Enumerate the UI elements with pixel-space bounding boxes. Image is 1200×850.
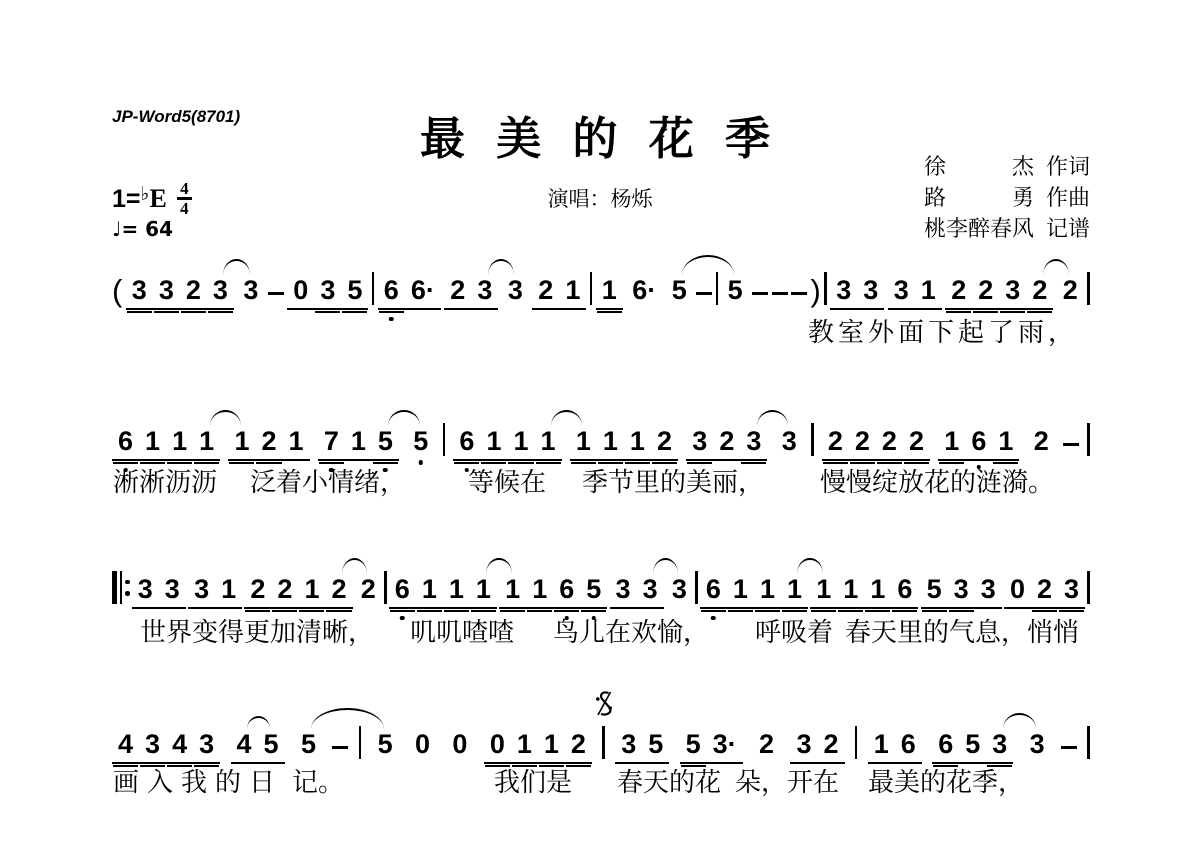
note: 5 xyxy=(921,575,948,603)
note: 5 xyxy=(372,427,399,455)
credit-row: 桃李醉春风记谱 xyxy=(924,212,1090,243)
slur-arc xyxy=(757,410,788,426)
note: 3 xyxy=(666,575,693,603)
note: 3 xyxy=(502,276,529,304)
slur-arc xyxy=(247,716,270,729)
note-group: 1165 xyxy=(499,575,607,609)
slur-arc xyxy=(551,410,582,426)
note: 6 xyxy=(389,575,416,603)
note: 0 xyxy=(409,730,436,758)
note-group: 2 xyxy=(1057,276,1084,311)
time-signature: 4 4 xyxy=(177,181,192,216)
note: 5 xyxy=(722,276,749,304)
note: 1 xyxy=(538,730,565,758)
note: 1 xyxy=(166,427,193,455)
note: 3 xyxy=(1058,575,1085,603)
note: 6 xyxy=(553,575,580,603)
note: 1 xyxy=(864,575,891,603)
note-group: 5 xyxy=(295,730,322,765)
octave-dot xyxy=(400,616,405,621)
note-group: 533 xyxy=(921,575,1002,609)
note: 4 xyxy=(231,730,258,758)
note: 1 xyxy=(570,427,597,455)
note: 6 xyxy=(895,730,922,758)
note: 2 xyxy=(444,276,471,304)
note: 2 xyxy=(565,730,592,758)
note: 3 xyxy=(637,575,664,603)
note: 1 xyxy=(837,575,864,603)
note: 5 xyxy=(959,730,986,758)
note: 1 xyxy=(596,276,623,304)
note-group: 1112 xyxy=(570,427,678,461)
note-group: 5 xyxy=(407,427,434,462)
note: 5 xyxy=(666,276,693,304)
key-signature: 1=♭E 4 4 xyxy=(112,181,192,216)
note: 1 xyxy=(754,575,781,603)
note: 3 xyxy=(314,276,341,304)
note: 1 xyxy=(499,575,526,603)
note-group: 33 xyxy=(610,575,664,609)
note: 1 xyxy=(810,575,837,603)
note: 3 xyxy=(888,276,915,304)
credit-name: 路 勇 xyxy=(924,181,1034,212)
note: 1 xyxy=(480,427,507,455)
lyrics-chunk: 叽叽喳喳 xyxy=(410,612,514,649)
note: 3 xyxy=(948,575,975,603)
note-group: 5 xyxy=(722,276,749,311)
note-group: 6111 xyxy=(453,427,561,461)
slur-arc xyxy=(388,410,419,426)
note: 2 xyxy=(255,427,282,455)
credit-row: 徐 杰作词 xyxy=(924,150,1090,181)
note: 6 xyxy=(891,575,918,603)
note: 1 xyxy=(443,575,470,603)
note: 3 xyxy=(999,276,1026,304)
note: 2 xyxy=(651,427,678,455)
note: 1 xyxy=(470,575,497,603)
note: 6 xyxy=(378,276,405,304)
slur-arc xyxy=(1003,713,1036,729)
note: 1 xyxy=(215,575,242,603)
note-group: 3 xyxy=(1024,730,1051,765)
note: 2 xyxy=(876,427,903,455)
note: 2 xyxy=(180,276,207,304)
parenthesis: ( xyxy=(112,276,122,306)
note: 3 xyxy=(132,575,159,603)
slur-arc xyxy=(1043,259,1069,275)
note-group: 21 xyxy=(532,276,586,310)
note: 3 xyxy=(830,276,857,304)
note: 1 xyxy=(597,427,624,455)
note-group: 6111 xyxy=(112,427,220,461)
note: 1 xyxy=(416,575,443,603)
lyrics-chunk: 记。 xyxy=(292,762,344,799)
credit-role: 作词 xyxy=(1046,150,1090,181)
note: 1 xyxy=(727,575,754,603)
note-group: 16 xyxy=(868,730,922,764)
slur-arc xyxy=(342,558,367,574)
lyrics-chunk: 呼吸着 xyxy=(755,612,833,649)
note-group: 3 xyxy=(666,575,693,610)
note: 2 xyxy=(713,427,740,455)
note: 1 xyxy=(526,575,553,603)
note: 3 xyxy=(686,427,713,455)
note: 1 xyxy=(781,575,808,603)
duration-dash xyxy=(1061,746,1077,750)
note-group: 2 xyxy=(1028,427,1055,462)
credit-row: 路 勇作曲 xyxy=(924,181,1090,212)
note-group: 3 xyxy=(776,427,803,462)
music-line: 434345550001123553·232166533 xyxy=(112,724,1090,764)
note: 1 xyxy=(507,427,534,455)
note: 1 xyxy=(868,730,895,758)
note-group: 5 xyxy=(372,730,399,765)
note: 3· xyxy=(707,730,743,758)
note-group: 2222 xyxy=(822,427,930,461)
note: 6· xyxy=(405,276,441,304)
note: 5 xyxy=(372,730,399,758)
note-group: 023 xyxy=(1004,575,1085,609)
note: 3 xyxy=(159,575,186,603)
lyrics-chunk: 淅淅沥沥 xyxy=(113,462,217,499)
lyrics-chunk: 鸟儿在欢愉， xyxy=(553,612,709,649)
note: 0 xyxy=(484,730,511,758)
note: 3 xyxy=(975,575,1002,603)
meter-top: 4 xyxy=(180,181,189,196)
note: 6 xyxy=(112,427,139,455)
tempo-marking: ♩= 64 xyxy=(112,217,173,241)
barline xyxy=(716,272,719,305)
barline xyxy=(359,726,362,759)
barline xyxy=(1087,423,1090,456)
note: 2 xyxy=(753,730,780,758)
note-group: 3323 xyxy=(126,276,234,310)
barline xyxy=(1087,272,1090,305)
note-group: 31 xyxy=(188,575,242,609)
repeat-start-sign xyxy=(112,571,130,604)
barline xyxy=(811,423,814,456)
note: 1 xyxy=(511,730,538,758)
slur-arc xyxy=(311,708,384,729)
slur-arc xyxy=(223,259,249,275)
note: 3 xyxy=(857,276,884,304)
note: 3 xyxy=(153,276,180,304)
duration-dash xyxy=(268,292,284,296)
credit-role: 作曲 xyxy=(1046,181,1090,212)
note: 2 xyxy=(355,575,382,603)
note-group: 1 xyxy=(596,276,623,310)
note: 5 xyxy=(580,575,607,603)
note: 0 xyxy=(446,730,473,758)
note-group: 161 xyxy=(938,427,1019,461)
music-line: (3323303566·2332116·55)333122322 xyxy=(112,270,1090,310)
meter-bottom: 4 xyxy=(180,201,189,216)
note-group: 35 xyxy=(615,730,669,764)
note: 6 xyxy=(453,427,480,455)
note: 1 xyxy=(624,427,651,455)
note: 2 xyxy=(903,427,930,455)
note: 3 xyxy=(193,730,220,758)
slur-arc xyxy=(488,259,514,275)
note-group: 0 xyxy=(409,730,436,765)
note: 1 xyxy=(193,427,220,455)
barline xyxy=(384,571,387,604)
note-group: 31 xyxy=(888,276,942,310)
slur-arc xyxy=(486,558,511,574)
note: 2 xyxy=(849,427,876,455)
note: 2 xyxy=(244,575,271,603)
note: 1 xyxy=(915,276,942,304)
note: 6 xyxy=(965,427,992,455)
note-group: 6111 xyxy=(700,575,808,609)
note-group: 0112 xyxy=(484,730,592,764)
note-group: 323 xyxy=(686,427,767,461)
note: 2 xyxy=(945,276,972,304)
note: 2 xyxy=(972,276,999,304)
note: 3 xyxy=(126,276,153,304)
note-group: 2 xyxy=(753,730,780,765)
note: 3 xyxy=(986,730,1013,758)
note: 5 xyxy=(680,730,707,758)
note: 3 xyxy=(615,730,642,758)
note: 2 xyxy=(532,276,559,304)
duration-dash xyxy=(752,292,768,296)
note: 3 xyxy=(237,276,264,304)
note: 6 xyxy=(932,730,959,758)
lyrics-chunk: 世界变得更加清晰， xyxy=(140,612,374,649)
lyrics-chunk: 季节里的美丽， xyxy=(582,462,764,499)
credit-role: 记谱 xyxy=(1046,212,1090,243)
octave-dot xyxy=(711,616,716,621)
note: 1 xyxy=(535,427,562,455)
note: 4 xyxy=(166,730,193,758)
barline xyxy=(602,726,605,759)
note: 2 xyxy=(822,427,849,455)
note: 1 xyxy=(139,427,166,455)
music-line: 6111121715561111112323322221612 xyxy=(112,421,1090,461)
note: 3 xyxy=(139,730,166,758)
note-group: 33 xyxy=(132,575,186,609)
credit-name: 徐 杰 xyxy=(924,150,1034,181)
note: 2 xyxy=(1028,427,1055,455)
note-group: 2212 xyxy=(244,575,352,609)
note: 3 xyxy=(471,276,498,304)
note-group: 66· xyxy=(378,276,441,310)
note: 1 xyxy=(559,276,586,304)
segno-icon xyxy=(595,690,613,722)
credit-name: 桃李醉春风 xyxy=(924,212,1034,243)
note-group: 2 xyxy=(355,575,382,610)
note: 3 xyxy=(790,730,817,758)
duration-dash xyxy=(772,292,788,296)
barline xyxy=(695,571,698,604)
lyrics-chunk: 教室外面下起了雨， xyxy=(808,312,1078,349)
barline xyxy=(824,272,827,305)
note-group: 2232 xyxy=(945,276,1053,310)
duration-dash xyxy=(696,292,712,296)
barline xyxy=(372,272,375,305)
note: 3 xyxy=(1024,730,1051,758)
note: 1 xyxy=(992,427,1019,455)
music-line: 3331221226111116533361111116533023 xyxy=(112,569,1090,609)
note: 4 xyxy=(112,730,139,758)
octave-dot xyxy=(419,460,424,465)
lyrics-chunk: 泛着小情绪， xyxy=(250,462,406,499)
note-group: 0 xyxy=(446,730,473,765)
note-group: 53· xyxy=(680,730,743,764)
slur-arc xyxy=(210,410,241,426)
note-group: 3 xyxy=(237,276,264,311)
note: 5 xyxy=(642,730,669,758)
note: 5 xyxy=(341,276,368,304)
lyrics-chunk: 等候在 xyxy=(468,462,546,499)
duration-dash xyxy=(1063,443,1079,447)
note: 7 xyxy=(318,427,345,455)
note: 5 xyxy=(407,427,434,455)
barline xyxy=(855,726,858,759)
parenthesis: ) xyxy=(810,276,820,306)
note-group: 32 xyxy=(790,730,844,764)
lyrics-chunk: 我们是 xyxy=(494,762,572,799)
note: 1 xyxy=(345,427,372,455)
barline xyxy=(443,423,446,456)
note-group: 715 xyxy=(318,427,399,461)
note: 5 xyxy=(295,730,322,758)
lyrics-chunk: 春天里的气息，悄悄 xyxy=(845,612,1079,649)
note: 6 xyxy=(700,575,727,603)
page: JP-Word5(8701) 最 美 的 花 季 演唱：杨烁 徐 杰作词路 勇作… xyxy=(0,0,1200,850)
barline xyxy=(1087,571,1090,604)
credits-block: 徐 杰作词路 勇作曲桃李醉春风记谱 xyxy=(924,150,1090,243)
note: 3 xyxy=(740,427,767,455)
note-group: 23 xyxy=(444,276,498,310)
note: 2 xyxy=(325,575,352,603)
note: 2 xyxy=(1026,276,1053,304)
note-group: 121 xyxy=(228,427,309,461)
note: 3 xyxy=(776,427,803,455)
note: 3 xyxy=(207,276,234,304)
note: 1 xyxy=(228,427,255,455)
note-group: 6111 xyxy=(389,575,497,609)
note-group: 45 xyxy=(231,730,285,764)
note-group: 3 xyxy=(502,276,529,311)
note: 3 xyxy=(610,575,637,603)
slur-arc xyxy=(682,255,734,275)
note-group: 33 xyxy=(830,276,884,310)
note: 2 xyxy=(1057,276,1084,304)
slur-arc xyxy=(797,558,822,574)
note-group: 035 xyxy=(287,276,368,310)
note-group: 1116 xyxy=(810,575,918,609)
note-group: 4343 xyxy=(112,730,220,764)
lyrics-chunk: 画入我的日 xyxy=(113,762,283,799)
duration-dash xyxy=(332,746,348,750)
note: 5 xyxy=(258,730,285,758)
lyrics-chunk: 慢慢绽放花的涟漪。 xyxy=(820,462,1054,499)
note: 2 xyxy=(817,730,844,758)
note: 2 xyxy=(1031,575,1058,603)
note-group: 6· xyxy=(626,276,662,311)
octave-dot xyxy=(389,317,394,322)
note: 1 xyxy=(938,427,965,455)
note: 3 xyxy=(188,575,215,603)
key-text: 1=♭E xyxy=(112,183,167,214)
note-group: 5 xyxy=(666,276,693,311)
note: 0 xyxy=(287,276,314,304)
barline xyxy=(590,272,593,305)
duration-dash xyxy=(791,292,807,296)
lyrics-chunk: 春天的花 xyxy=(617,762,721,799)
note: 2 xyxy=(271,575,298,603)
note: 6· xyxy=(626,276,662,304)
slur-arc xyxy=(653,558,678,574)
barline xyxy=(1087,726,1090,759)
note-group: 653 xyxy=(932,730,1013,764)
lyrics-chunk: 最美的花季， xyxy=(868,762,1024,799)
lyrics-chunk: 朵，开在 xyxy=(735,762,839,799)
note: 0 xyxy=(1004,575,1031,603)
note: 1 xyxy=(283,427,310,455)
note: 1 xyxy=(298,575,325,603)
